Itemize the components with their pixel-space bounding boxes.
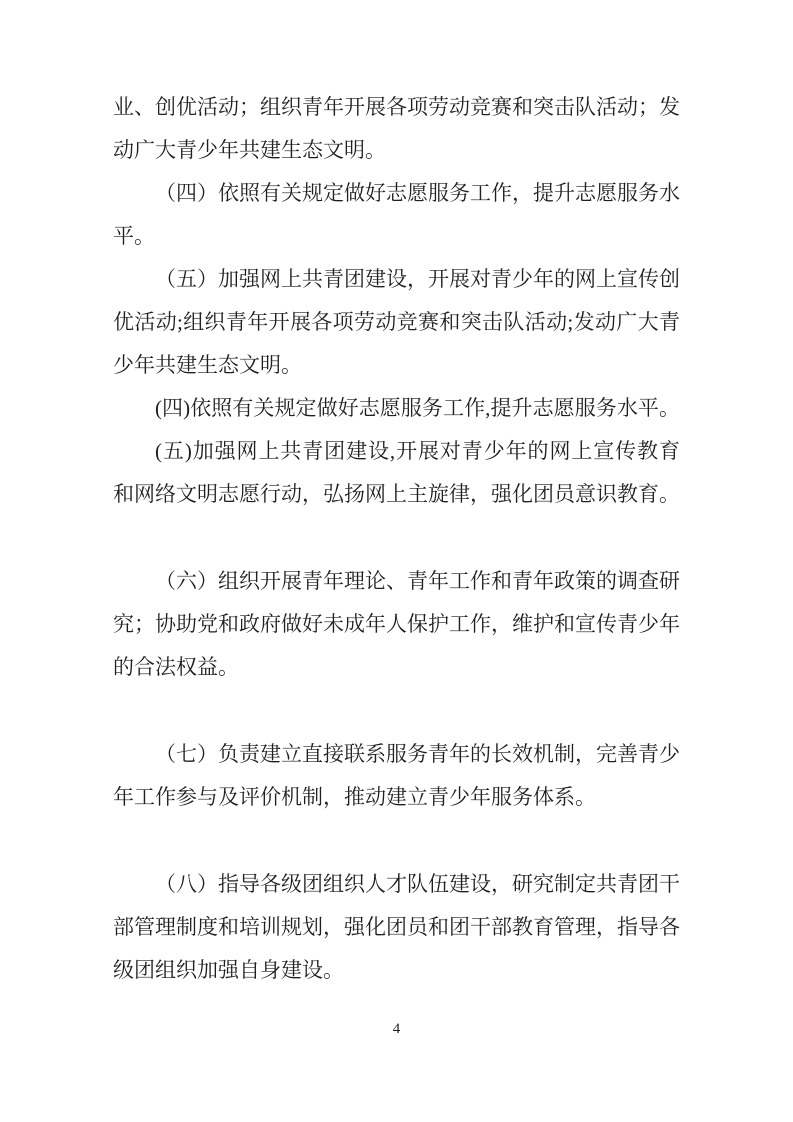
text-line: 优活动;组织青年开展各项劳动竞赛和突击队活动;发动广大青 xyxy=(113,301,680,344)
paragraph: （八）指导各级团组织人才队伍建设，研究制定共青团干部管理制度和培训规划，强化团员… xyxy=(113,863,680,992)
text-line: 部管理制度和培训规划，强化团员和团干部教育管理，指导各 xyxy=(113,906,680,949)
text-line: 平。 xyxy=(113,215,680,258)
paragraph: （四）依照有关规定做好志愿服务工作，提升志愿服务水平。 xyxy=(113,172,680,258)
text-line: 级团组织加强自身建设。 xyxy=(113,949,680,992)
paragraph: (四)依照有关规定做好志愿服务工作,提升志愿服务水平。 xyxy=(113,387,680,430)
page-footer: 4 xyxy=(0,1020,793,1038)
text-line: （八）指导各级团组织人才队伍建设，研究制定共青团干 xyxy=(113,863,680,906)
text-line: 少年共建生态文明。 xyxy=(113,344,680,387)
paragraph: (五)加强网上共青团建设,开展对青少年的网上宣传教育和网络文明志愿行动，弘扬网上… xyxy=(113,430,680,516)
text-line: 和网络文明志愿行动，弘扬网上主旋律，强化团员意识教育。 xyxy=(113,473,680,516)
text-line: 年工作参与及评价机制，推动建立青少年服务体系。 xyxy=(113,776,680,819)
text-line: (四)依照有关规定做好志愿服务工作,提升志愿服务水平。 xyxy=(113,387,680,430)
document-page: 业、创优活动；组织青年开展各项劳动竞赛和突击队活动；发动广大青少年共建生态文明。… xyxy=(0,0,793,1122)
text-line: 业、创优活动；组织青年开展各项劳动竞赛和突击队活动；发 xyxy=(113,86,680,129)
text-line: （四）依照有关规定做好志愿服务工作，提升志愿服务水 xyxy=(113,172,680,215)
page-number: 4 xyxy=(393,1021,401,1037)
text-line: （七）负责建立直接联系服务青年的长效机制，完善青少 xyxy=(113,733,680,776)
document-body: 业、创优活动；组织青年开展各项劳动竞赛和突击队活动；发动广大青少年共建生态文明。… xyxy=(113,86,680,992)
text-line: 的合法权益。 xyxy=(113,646,680,689)
text-line: 究；协助党和政府做好未成年人保护工作，维护和宣传青少年 xyxy=(113,603,680,646)
paragraph: 业、创优活动；组织青年开展各项劳动竞赛和突击队活动；发动广大青少年共建生态文明。 xyxy=(113,86,680,172)
paragraph: （五）加强网上共青团建设，开展对青少年的网上宣传创优活动;组织青年开展各项劳动竞… xyxy=(113,258,680,387)
text-line: (五)加强网上共青团建设,开展对青少年的网上宣传教育 xyxy=(113,430,680,473)
text-line: （五）加强网上共青团建设，开展对青少年的网上宣传创 xyxy=(113,258,680,301)
text-line: （六）组织开展青年理论、青年工作和青年政策的调查研 xyxy=(113,560,680,603)
paragraph: （七）负责建立直接联系服务青年的长效机制，完善青少年工作参与及评价机制，推动建立… xyxy=(113,733,680,819)
text-line: 动广大青少年共建生态文明。 xyxy=(113,129,680,172)
paragraph: （六）组织开展青年理论、青年工作和青年政策的调查研究；协助党和政府做好未成年人保… xyxy=(113,560,680,689)
